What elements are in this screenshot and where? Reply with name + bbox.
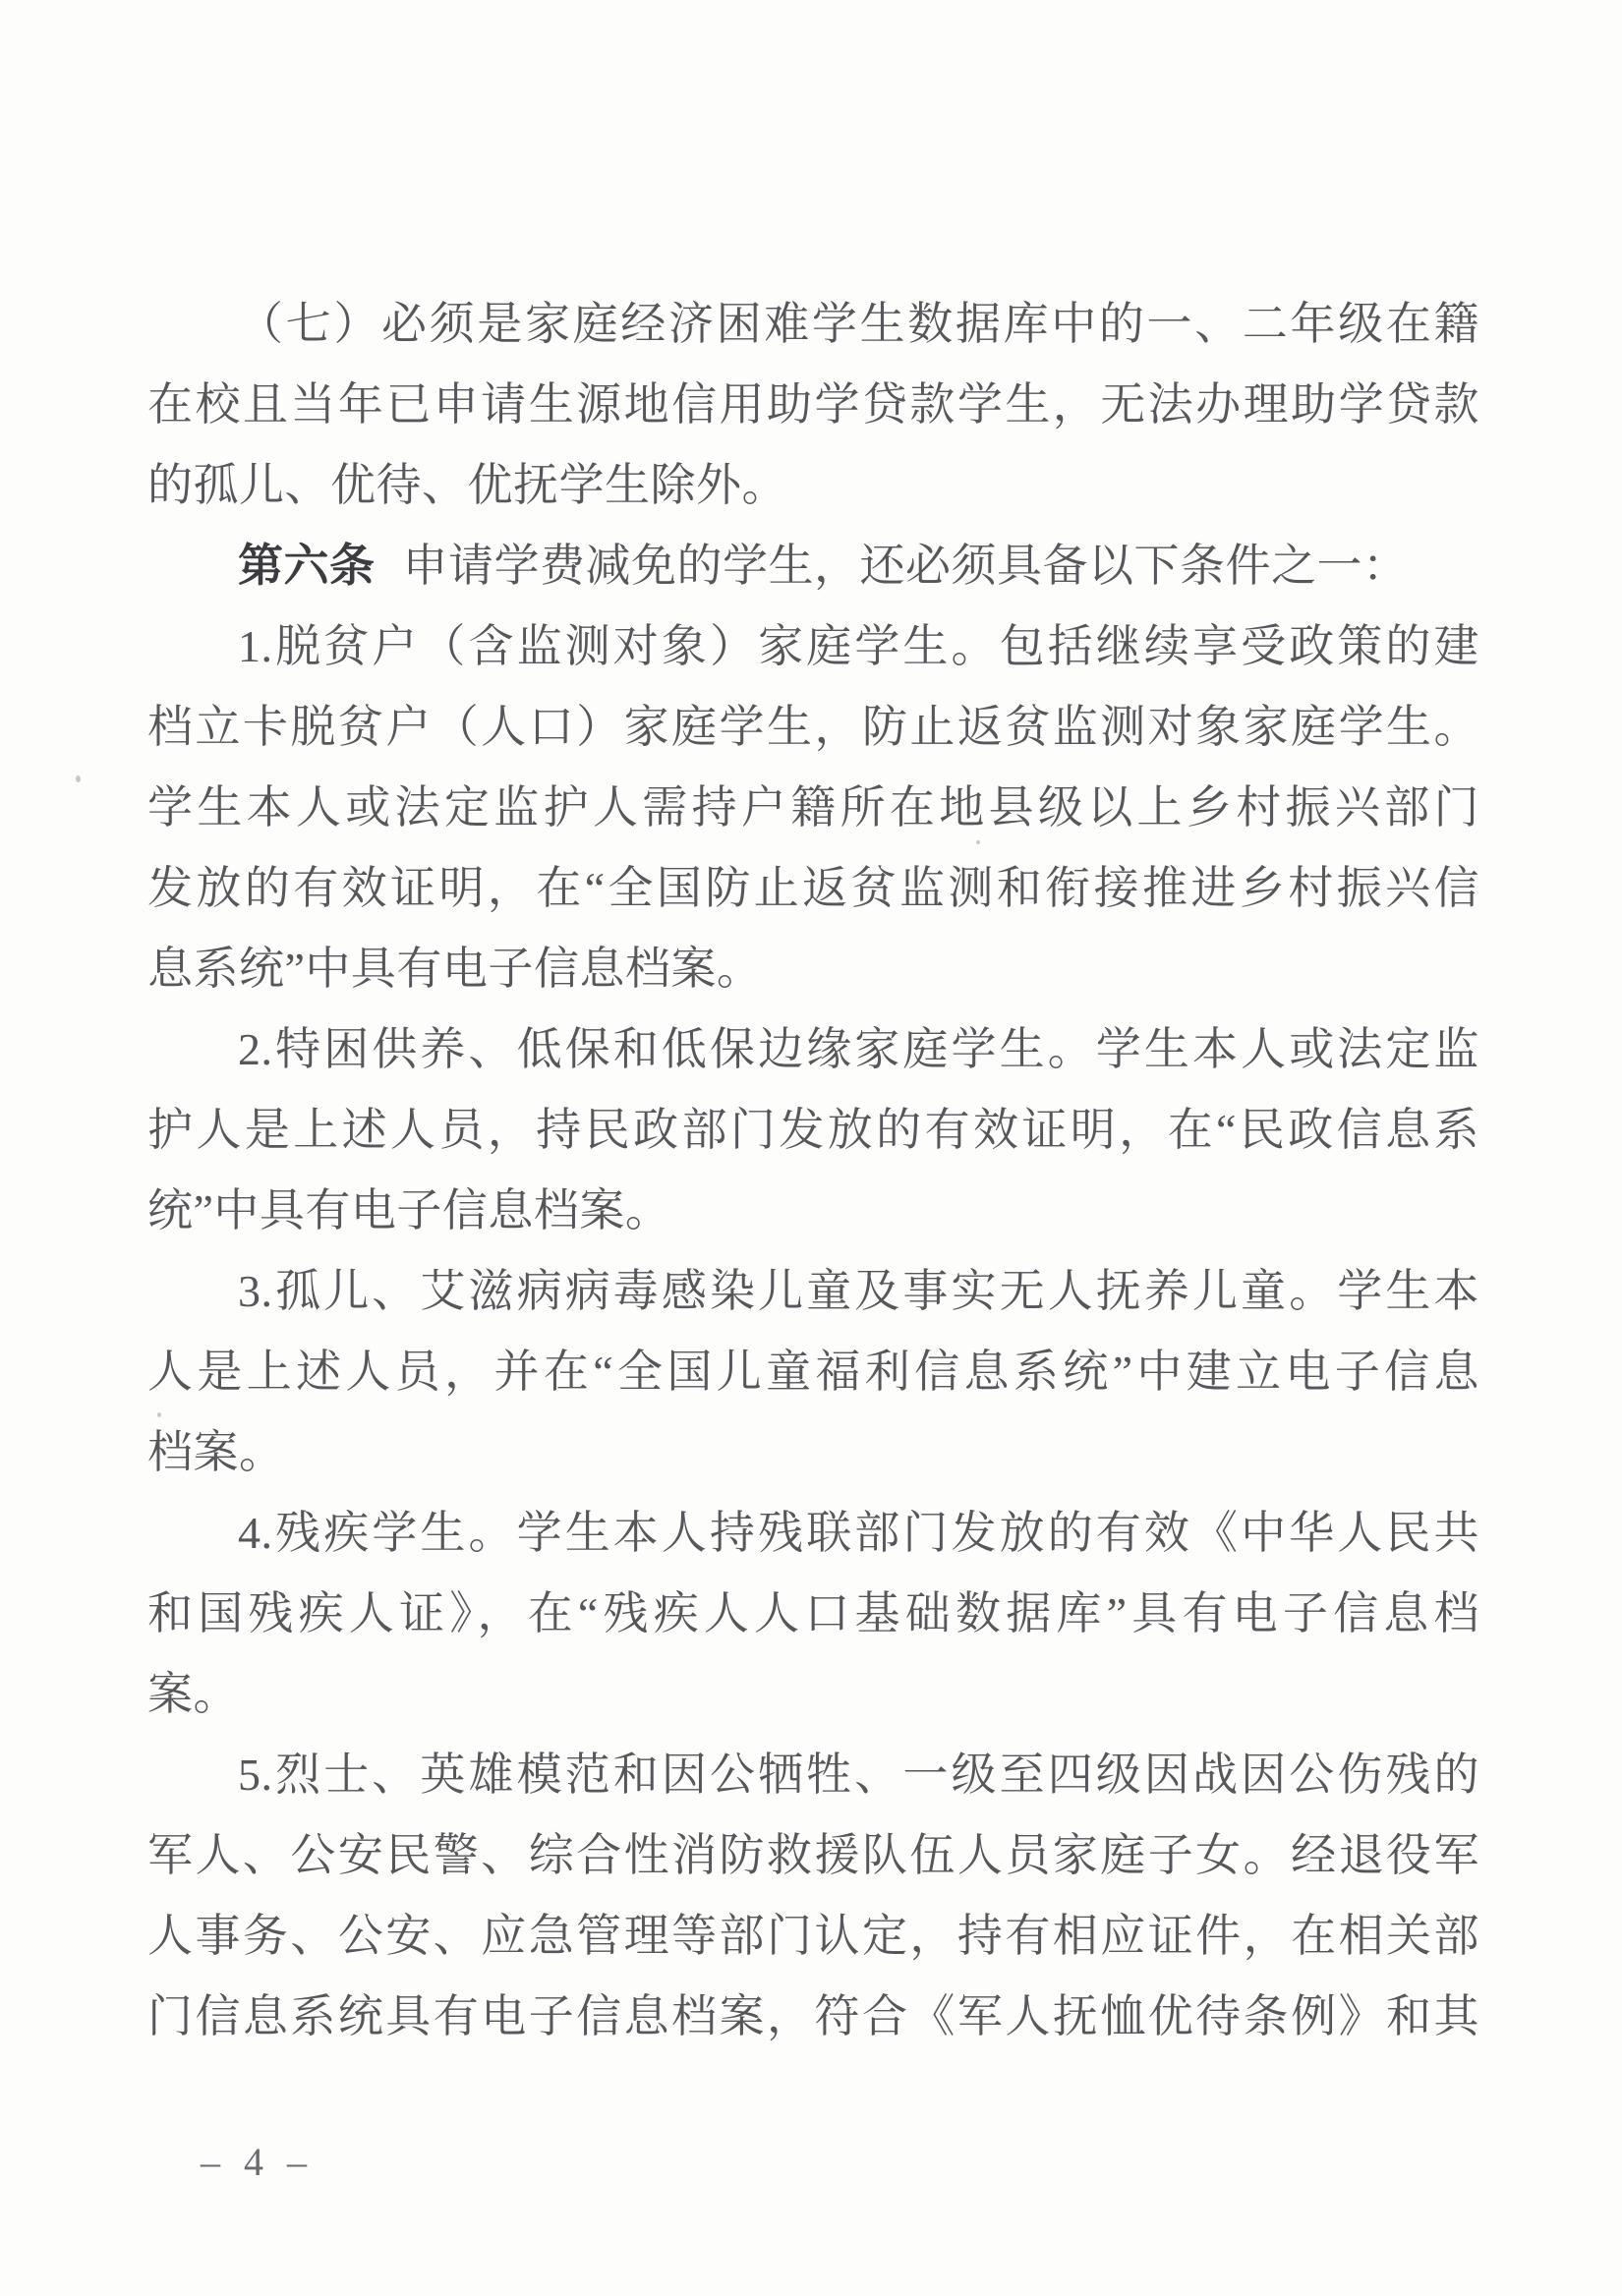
text-line: 人事务、公安、应急管理等部门认定，持有相应证件，在相关部 [147, 1896, 1479, 1977]
document-body: （七）必须是家庭经济困难学生数据库中的一、二年级在籍 在校且当年已申请生源地信用… [147, 284, 1479, 2057]
line-text: 4.残疾学生。学生本人持残联部门发放的有效《中华人民共 [238, 1508, 1479, 1558]
scan-speck [76, 775, 81, 782]
line-text: 3.孤儿、艾滋病病毒感染儿童及事实无人抚养儿童。学生本 [238, 1266, 1479, 1316]
line-text: 5.烈士、英雄模范和因公牺牲、一级至四级因战因公伤残的 [238, 1750, 1479, 1800]
line-text: 统”中具有电子信息档案。 [147, 1185, 670, 1235]
line-text: 案。 [147, 1669, 239, 1719]
line-text: 护人是上述人员，持民政部门发放的有效证明，在“民政信息系 [147, 1105, 1479, 1155]
line-text: 息系统”中具有电子信息档案。 [147, 944, 762, 994]
text-line: 1.脱贫户（含监测对象）家庭学生。包括继续享受政策的建 [147, 606, 1479, 687]
text-line: 学生本人或法定监护人需持户籍所在地县级以上乡村振兴部门 [147, 768, 1479, 848]
text-line: 在校且当年已申请生源地信用助学贷款学生，无法办理助学贷款 [147, 365, 1479, 445]
page-number: – 4 – [201, 2139, 314, 2186]
text-line: 军人、公安民警、综合性消防救援队伍人员家庭子女。经退役军 [147, 1815, 1479, 1896]
scan-speck [157, 1412, 161, 1417]
line-text: 发放的有效证明，在“全国防止返贫监测和衔接推进乡村振兴信 [147, 863, 1479, 913]
text-line: 护人是上述人员，持民政部门发放的有效证明，在“民政信息系 [147, 1090, 1479, 1171]
line-text: 学生本人或法定监护人需持户籍所在地县级以上乡村振兴部门 [147, 782, 1479, 832]
line-text: 2.特困供养、低保和低保边缘家庭学生。学生本人或法定监 [238, 1024, 1479, 1074]
text-line: 门信息系统具有电子信息档案，符合《军人抚恤优待条例》和其 [147, 1977, 1479, 2057]
line-text: 军人、公安民警、综合性消防救援队伍人员家庭子女。经退役军 [147, 1830, 1479, 1880]
text-line: 4.残疾学生。学生本人持残联部门发放的有效《中华人民共 [147, 1493, 1479, 1574]
text-line: 的孤儿、优待、优抚学生除外。 [147, 445, 1479, 526]
text-line: 统”中具有电子信息档案。 [147, 1171, 1479, 1251]
document-page: （七）必须是家庭经济困难学生数据库中的一、二年级在籍 在校且当年已申请生源地信用… [0, 0, 1622, 2296]
line-text: 档案。 [147, 1427, 285, 1477]
line-text: （七）必须是家庭经济困难学生数据库中的一、二年级在籍 [238, 299, 1479, 349]
scan-speck [976, 840, 980, 844]
text-line: 3.孤儿、艾滋病病毒感染儿童及事实无人抚养儿童。学生本 [147, 1251, 1479, 1332]
text-line: 5.烈士、英雄模范和因公牺牲、一级至四级因战因公伤残的 [147, 1735, 1479, 1815]
text-line: 发放的有效证明，在“全国防止返贫监测和衔接推进乡村振兴信 [147, 848, 1479, 929]
text-line: 和国残疾人证》，在“残疾人人口基础数据库”具有电子信息档 [147, 1574, 1479, 1654]
line-text: 1.脱贫户（含监测对象）家庭学生。包括继续享受政策的建 [238, 621, 1479, 671]
line-text: 人事务、公安、应急管理等部门认定，持有相应证件，在相关部 [147, 1911, 1479, 1961]
line-text: 在校且当年已申请生源地信用助学贷款学生，无法办理助学贷款 [147, 379, 1479, 430]
line-text: 人是上述人员，并在“全国儿童福利信息系统”中建立电子信息 [147, 1347, 1479, 1397]
line-text: 门信息系统具有电子信息档案，符合《军人抚恤优待条例》和其 [147, 1991, 1479, 2041]
article-number: 第六条 [238, 541, 376, 591]
text-line: 档立卡脱贫户（人口）家庭学生，防止返贫监测对象家庭学生。 [147, 687, 1479, 768]
text-line: 2.特困供养、低保和低保边缘家庭学生。学生本人或法定监 [147, 1009, 1479, 1090]
line-text: 和国残疾人证》，在“残疾人人口基础数据库”具有电子信息档 [147, 1588, 1479, 1638]
line-text: 申请学费减免的学生，还必须具备以下条件之一： [403, 541, 1409, 591]
text-line: 案。 [147, 1654, 1479, 1735]
text-line: 人是上述人员，并在“全国儿童福利信息系统”中建立电子信息 [147, 1332, 1479, 1412]
text-line: 档案。 [147, 1412, 1479, 1493]
text-line-article-heading: 第六条申请学费减免的学生，还必须具备以下条件之一： [147, 526, 1479, 606]
line-text: 档立卡脱贫户（人口）家庭学生，防止返贫监测对象家庭学生。 [147, 702, 1479, 752]
line-text: 的孤儿、优待、优抚学生除外。 [147, 460, 787, 510]
text-line: （七）必须是家庭经济困难学生数据库中的一、二年级在籍 [147, 284, 1479, 365]
text-line: 息系统”中具有电子信息档案。 [147, 929, 1479, 1009]
